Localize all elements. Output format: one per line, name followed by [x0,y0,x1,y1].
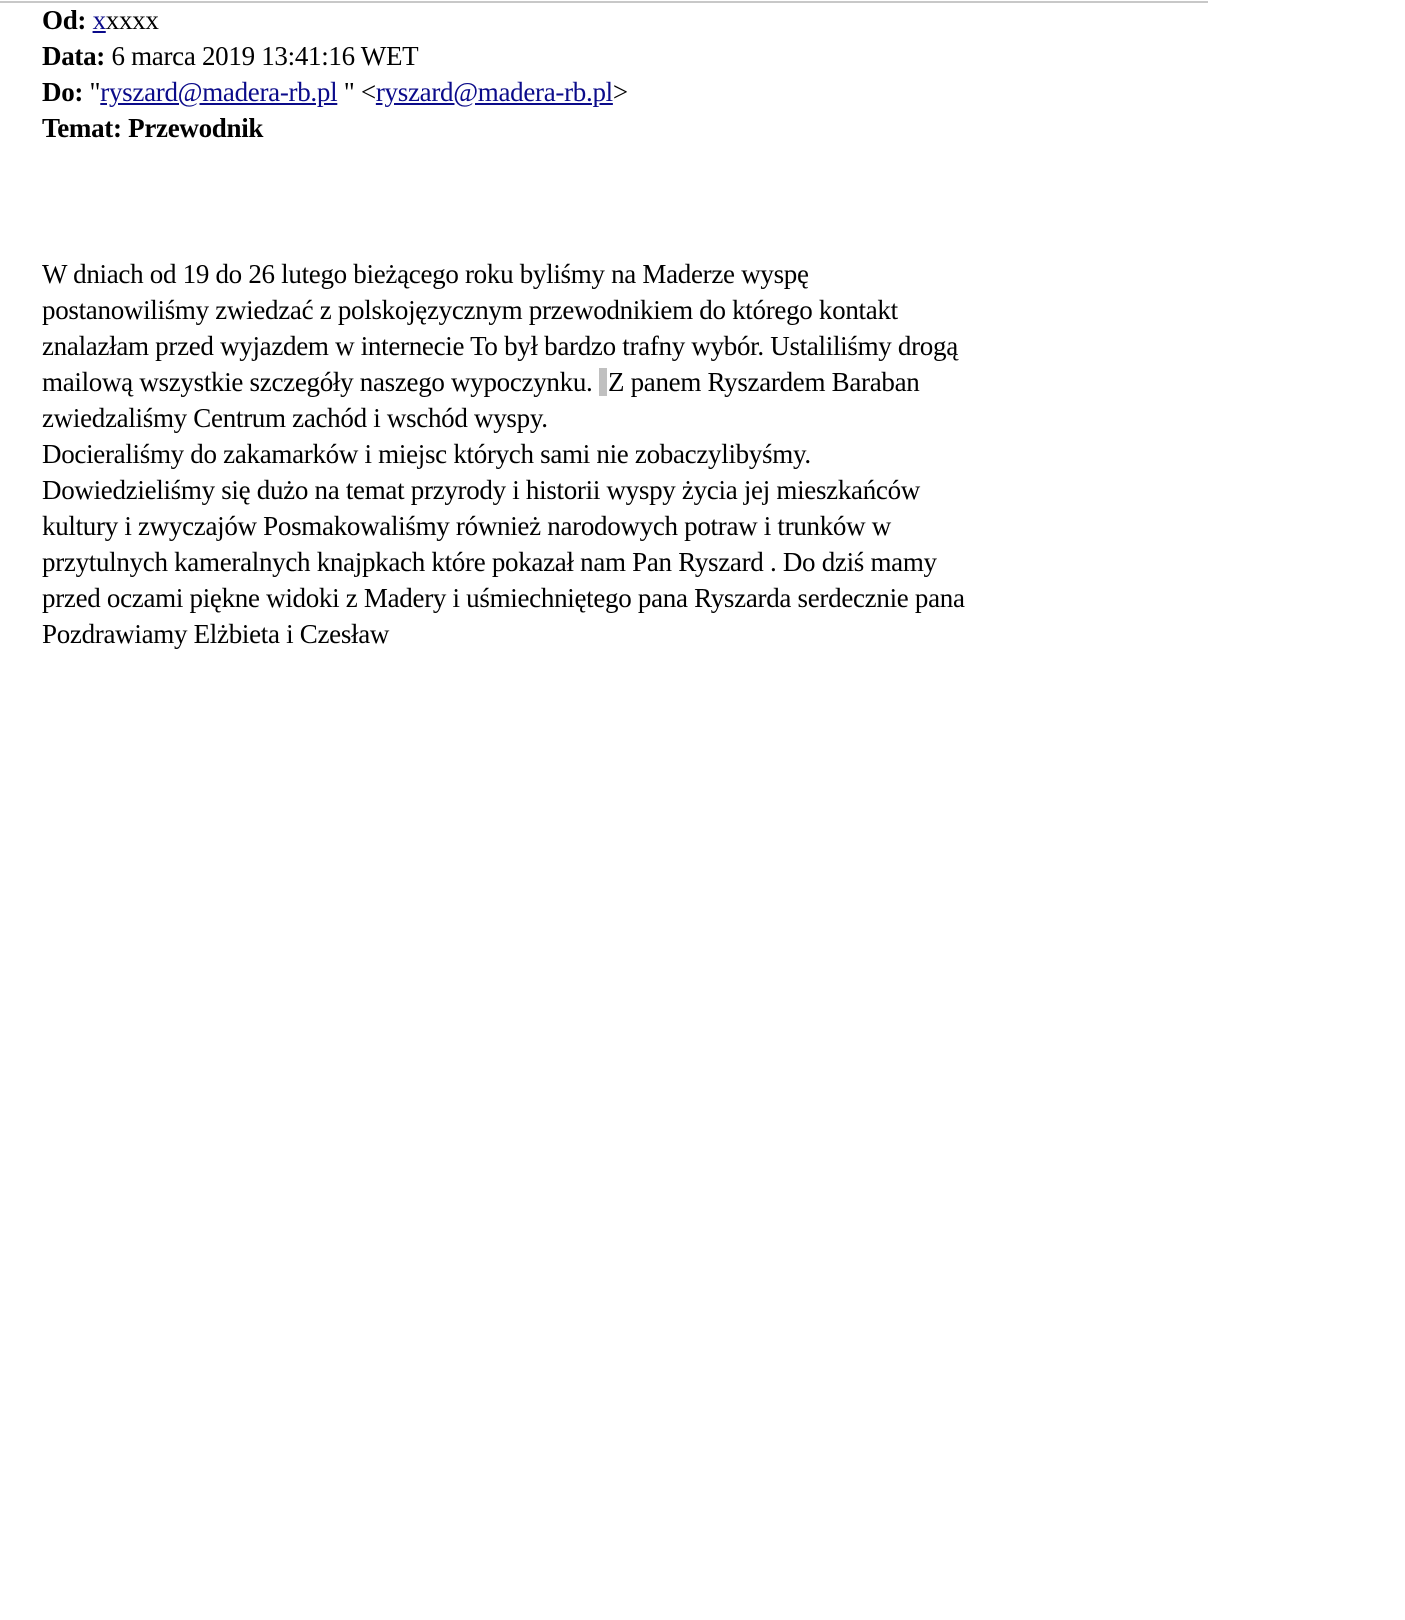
email-body: W dniach od 19 do 26 lutego bieżącego ro… [42,256,965,652]
from-row: Od: xxxxx [42,2,628,38]
date-value: 6 marca 2019 13:41:16 WET [111,41,418,71]
date-label: Data: [42,41,105,71]
from-sender-link[interactable]: xxxxx [93,5,159,35]
date-row: Data: 6 marca 2019 13:41:16 WET [42,38,628,74]
to-row: Do: "ryszard@madera-rb.pl " <ryszard@mad… [42,74,628,110]
from-label: Od: [42,5,86,35]
to-quote-open: " [90,77,101,107]
body-line: Pozdrawiamy Elżbieta i Czesław [42,616,965,652]
body-line: postanowiliśmy zwiedzać z polskojęzyczny… [42,292,965,328]
body-line: W dniach od 19 do 26 lutego bieżącego ro… [42,256,965,292]
to-label: Do: [42,77,83,107]
body-line: Docieraliśmy do zakamarków i miejsc któr… [42,436,965,472]
subject-label: Temat: [42,113,122,143]
body-line: znalazłam przed wyjazdem w internecie To… [42,328,965,364]
body-line: przed oczami piękne widoki z Madery i uś… [42,580,965,616]
email-headers: Od: xxxxx Data: 6 marca 2019 13:41:16 WE… [42,2,628,146]
to-bracket-close: > [613,77,628,107]
subject-row: Temat: Przewodnik [42,110,628,146]
body-line-part: mailową wszystkie szczegóły naszego wypo… [42,367,599,397]
text-cursor-highlight [599,368,607,396]
body-line: przytulnych kameralnych knajpkach które … [42,544,965,580]
from-sender-rest: xxxx [106,5,159,35]
from-sender-link-first[interactable]: x [93,5,106,35]
subject-value: Przewodnik [128,113,263,143]
body-line: Dowiedzieliśmy się dużo na temat przyrod… [42,472,965,508]
to-address-link[interactable]: ryszard@madera-rb.pl [376,77,613,107]
to-quote-close: " < [337,77,376,107]
body-line: zwiedzaliśmy Centrum zachód i wschód wys… [42,400,965,436]
body-line: mailową wszystkie szczegóły naszego wypo… [42,364,965,400]
body-line: kultury i zwyczajów Posmakowaliśmy równi… [42,508,965,544]
to-name-link[interactable]: ryszard@madera-rb.pl [100,77,337,107]
body-line-part: Z panem Ryszardem Baraban [608,367,920,397]
